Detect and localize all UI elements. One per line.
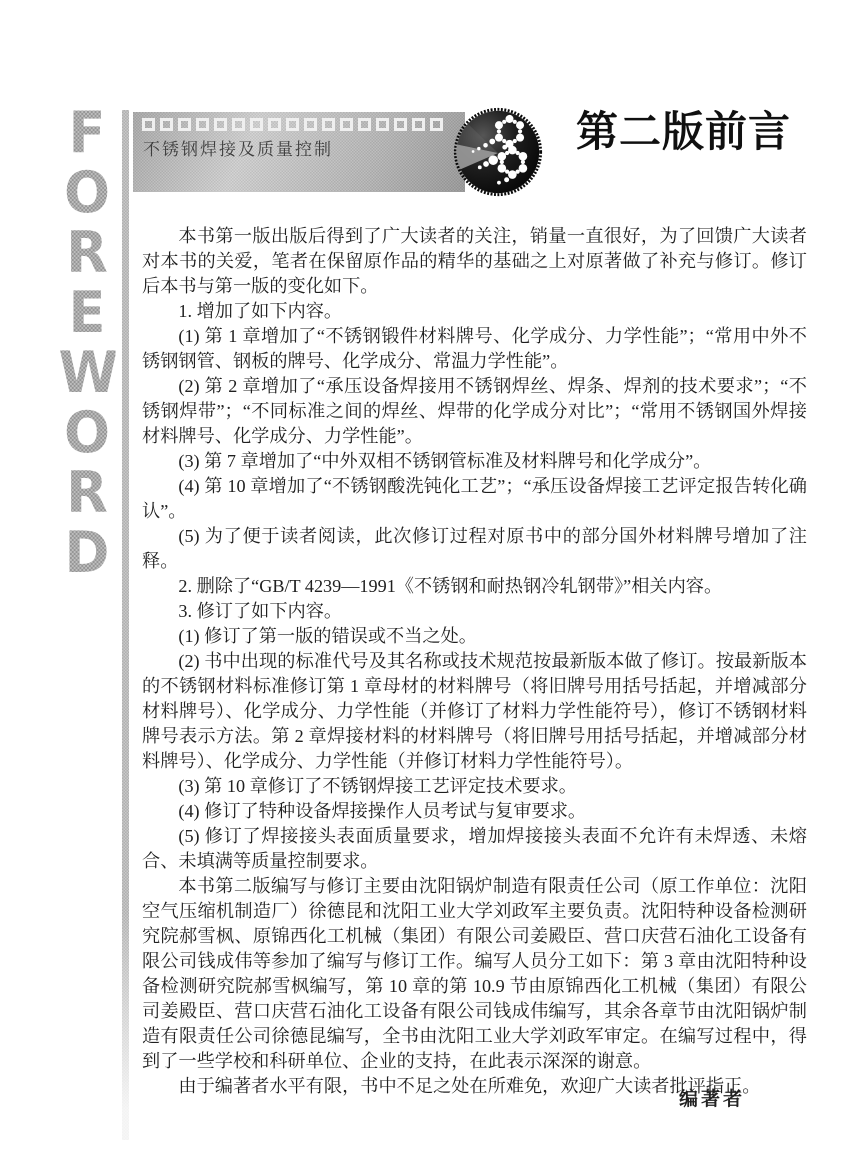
- foreword-letter: F: [59, 103, 116, 163]
- decor-square: [304, 118, 317, 131]
- vertical-divider: [122, 110, 129, 1140]
- paragraph: 本书第一版出版后得到了广大读者的关注，销量一直很好，为了回馈广大读者对本书的关爱…: [142, 224, 807, 299]
- paragraph: (2) 书中出现的标准代号及其名称或技术规范按最新版本做了修订。按最新版本的不锈…: [142, 649, 807, 774]
- decor-square: [160, 118, 173, 131]
- decor-square: [142, 118, 155, 131]
- decor-square: [250, 118, 263, 131]
- paragraph: 3. 修订了如下内容。: [142, 599, 807, 624]
- paragraph: (4) 第 10 章增加了“不锈钢酸洗钝化工艺”；“承压设备焊接工艺评定报告转化…: [142, 474, 807, 524]
- foreword-letter: W: [59, 343, 116, 403]
- paragraph: (3) 第 10 章修订了不锈钢焊接工艺评定技术要求。: [142, 774, 807, 799]
- foreword-letter: D: [59, 523, 116, 583]
- foreword-letter: O: [59, 163, 116, 223]
- decor-square: [340, 118, 353, 131]
- decor-square: [412, 118, 425, 131]
- gear-molecule-logo: [452, 106, 544, 198]
- paragraph: (5) 修订了焊接接头表面质量要求，增加焊接接头表面不允许有未焊透、未熔合、未填…: [142, 824, 807, 874]
- preface-body: 本书第一版出版后得到了广大读者的关注，销量一直很好，为了回馈广大读者对本书的关爱…: [142, 224, 807, 1099]
- paragraph: (1) 修订了第一版的错误或不当之处。: [142, 624, 807, 649]
- foreword-letter: O: [59, 403, 116, 463]
- header-banner: 不锈钢焊接及质量控制: [133, 112, 465, 192]
- paragraph: 本书第二版编写与修订主要由沈阳锅炉制造有限责任公司（原工作单位：沈阳空气压缩机制…: [142, 874, 807, 1074]
- decor-square: [358, 118, 371, 131]
- paragraph: 2. 删除了“GB/T 4239—1991《不锈钢和耐热钢冷轧钢带》”相关内容。: [142, 574, 807, 599]
- decor-square: [376, 118, 389, 131]
- paragraph: (4) 修订了特种设备焊接操作人员考试与复审要求。: [142, 799, 807, 824]
- decor-square: [178, 118, 191, 131]
- paragraph: (2) 第 2 章增加了“承压设备焊接用不锈钢焊丝、焊条、焊剂的技术要求”；“不…: [142, 374, 807, 449]
- decor-square: [268, 118, 281, 131]
- author-signature: 编著者: [142, 1084, 807, 1111]
- decor-square: [430, 118, 443, 131]
- paragraph: (5) 为了便于读者阅读，此次修订过程对原书中的部分国外材料牌号增加了注释。: [142, 524, 807, 574]
- decor-square: [214, 118, 227, 131]
- foreword-letter: E: [59, 283, 116, 343]
- paragraph: (3) 第 7 章增加了“中外双相不锈钢管标准及材料牌号和化学成分”。: [142, 449, 807, 474]
- paragraph: (1) 第 1 章增加了“不锈钢锻件材料牌号、化学成分、力学性能”；“常用中外不…: [142, 324, 807, 374]
- foreword-letter: R: [59, 463, 116, 523]
- decor-square: [322, 118, 335, 131]
- foreword-vertical-label: FOREWORD: [57, 103, 117, 583]
- book-page: FOREWORD 不锈钢焊接及质量控制: [0, 0, 843, 1175]
- decor-square: [394, 118, 407, 131]
- decor-square: [286, 118, 299, 131]
- page-title: 第二版前言: [576, 99, 791, 159]
- foreword-letter: R: [59, 223, 116, 283]
- series-title: 不锈钢焊接及质量控制: [143, 135, 465, 160]
- decor-square: [232, 118, 245, 131]
- decor-squares: [133, 112, 465, 131]
- paragraph: 1. 增加了如下内容。: [142, 299, 807, 324]
- decor-square: [196, 118, 209, 131]
